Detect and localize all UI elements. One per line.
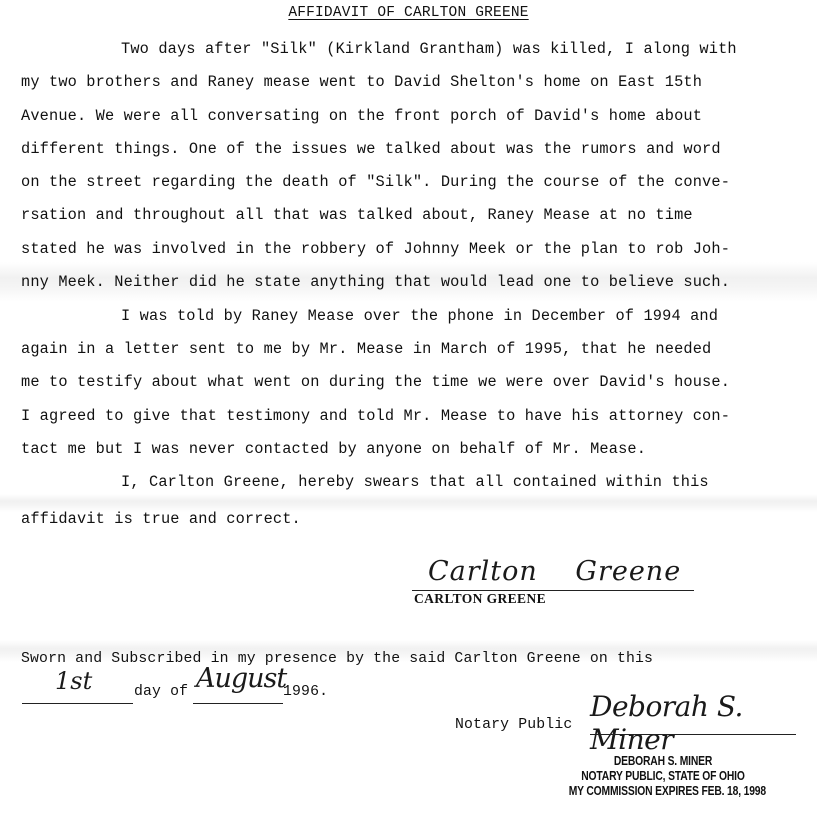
notary-stamp-commission: MY COMMISSION EXPIRES FEB. 18, 1998	[569, 784, 758, 799]
affiant-printed-name: CARLTON GREENE	[414, 591, 546, 607]
jurat-month-handwritten: August	[196, 663, 286, 694]
notary-signature: Deborah S. Miner	[590, 690, 817, 756]
jurat-year: 1996.	[283, 683, 328, 701]
notary-signature-line	[590, 734, 796, 735]
notary-stamp: DEBORAH S. MINER NOTARY PUBLIC, STATE OF…	[569, 754, 758, 799]
day-blank-line	[22, 703, 133, 704]
jurat-line: Sworn and Subscribed in my presence by t…	[21, 650, 653, 668]
paragraph-1-line: stated he was involved in the robbery of…	[21, 240, 730, 258]
paragraph-1-line: Avenue. We were all conversating on the …	[21, 107, 702, 125]
affiant-signature: Carlton Greene	[428, 556, 681, 587]
document-title: AFFIDAVIT OF CARLTON GREENE	[0, 5, 817, 21]
paragraph-2-line: again in a letter sent to me by Mr. Meas…	[21, 340, 711, 358]
paragraph-3-line: affidavit is true and correct.	[21, 510, 301, 528]
jurat-day-of-label: day of	[134, 683, 188, 701]
paragraph-1-line: on the street regarding the death of "Si…	[21, 173, 730, 191]
notary-public-label: Notary Public	[455, 716, 572, 734]
paragraph-1-line: nny Meek. Neither did he state anything …	[21, 273, 730, 291]
paragraph-1-line: Two days after "Silk" (Kirkland Grantham…	[121, 40, 737, 58]
paragraph-2-line: I was told by Raney Mease over the phone…	[121, 307, 718, 325]
paragraph-2-line: me to testify about what went on during …	[21, 373, 730, 391]
jurat-day-handwritten: 1st	[55, 667, 92, 695]
paragraph-3-line: I, Carlton Greene, hereby swears that al…	[121, 473, 709, 491]
notary-stamp-title: NOTARY PUBLIC, STATE OF OHIO	[569, 769, 758, 784]
paragraph-1-line: my two brothers and Raney mease went to …	[21, 73, 702, 91]
paragraph-1-line: different things. One of the issues we t…	[21, 140, 721, 158]
notary-stamp-name: DEBORAH S. MINER	[569, 754, 758, 769]
paragraph-2-line: tact me but I was never contacted by any…	[21, 440, 646, 458]
month-blank-line	[193, 703, 283, 704]
document-title-text: AFFIDAVIT OF CARLTON GREENE	[288, 5, 528, 21]
paragraph-1-line: rsation and throughout all that was talk…	[21, 206, 693, 224]
paragraph-2-line: I agreed to give that testimony and told…	[21, 407, 730, 425]
